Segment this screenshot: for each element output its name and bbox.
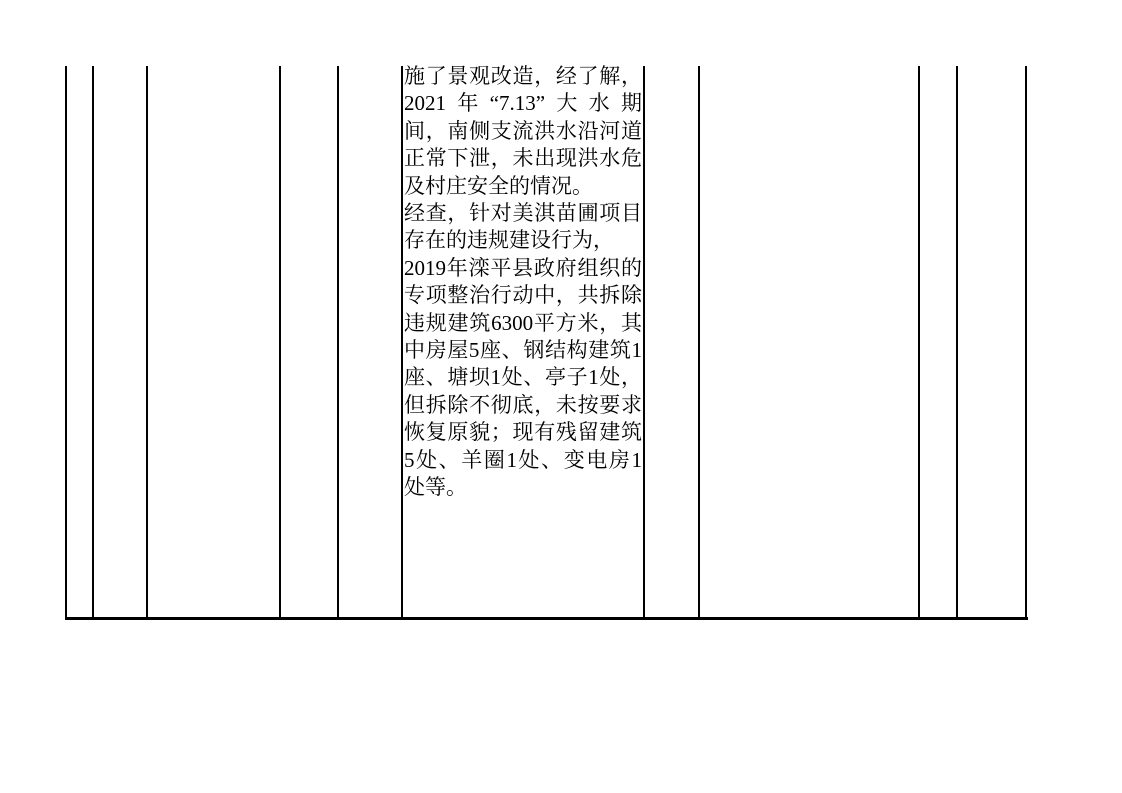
table-column-border-6 — [401, 66, 403, 618]
text-line: 正常下泄，未出现洪水危 — [404, 145, 642, 172]
text-line: 间，南侧支流洪水沿河道 — [404, 118, 642, 145]
text-line: 处等。 — [404, 474, 642, 501]
text-line: 违规建筑6300平方米，其 — [404, 310, 642, 337]
text-line: 恢复原貌；现有残留建筑 — [404, 419, 642, 446]
investigation-text-lines: 施了景观改造，经了解，2021年“7.13”大水期间，南侧支流洪水沿河道正常下泄… — [404, 63, 642, 502]
table-column-border-8 — [698, 66, 700, 618]
table-column-border-5 — [337, 66, 339, 618]
text-line: 存在的违规建设行为， — [404, 227, 642, 254]
investigation-text-cell: 施了景观改造，经了解，2021年“7.13”大水期间，南侧支流洪水沿河道正常下泄… — [404, 63, 642, 502]
table-column-border-9 — [918, 66, 920, 618]
table-column-border-4 — [279, 66, 281, 618]
table-bottom-border — [65, 617, 1028, 620]
text-line: 专项整治行动中，共拆除 — [404, 282, 642, 309]
table-column-border-7 — [643, 66, 645, 618]
table-column-border-10 — [956, 66, 958, 618]
text-line: 2019年滦平县政府组织的 — [404, 255, 642, 282]
text-line: 中房屋5座、钢结构建筑1 — [404, 337, 642, 364]
text-line: 经查，针对美淇苗圃项目 — [404, 200, 642, 227]
text-line: 但拆除不彻底，未按要求 — [404, 392, 642, 419]
table-column-border-2 — [92, 66, 94, 618]
text-line: 2021年“7.13”大水期 — [404, 90, 642, 117]
text-line: 及村庄安全的情况。 — [404, 173, 642, 200]
text-line: 5处、羊圈1处、变电房1 — [404, 447, 642, 474]
table-column-border-3 — [146, 66, 148, 618]
text-line: 施了景观改造，经了解， — [404, 63, 642, 90]
table-column-border-11 — [1025, 66, 1027, 618]
table-column-border-1 — [65, 66, 67, 618]
document-page: 施了景观改造，经了解，2021年“7.13”大水期间，南侧支流洪水沿河道正常下泄… — [0, 0, 1122, 793]
text-line: 座、塘坝1处、亭子1处， — [404, 364, 642, 391]
